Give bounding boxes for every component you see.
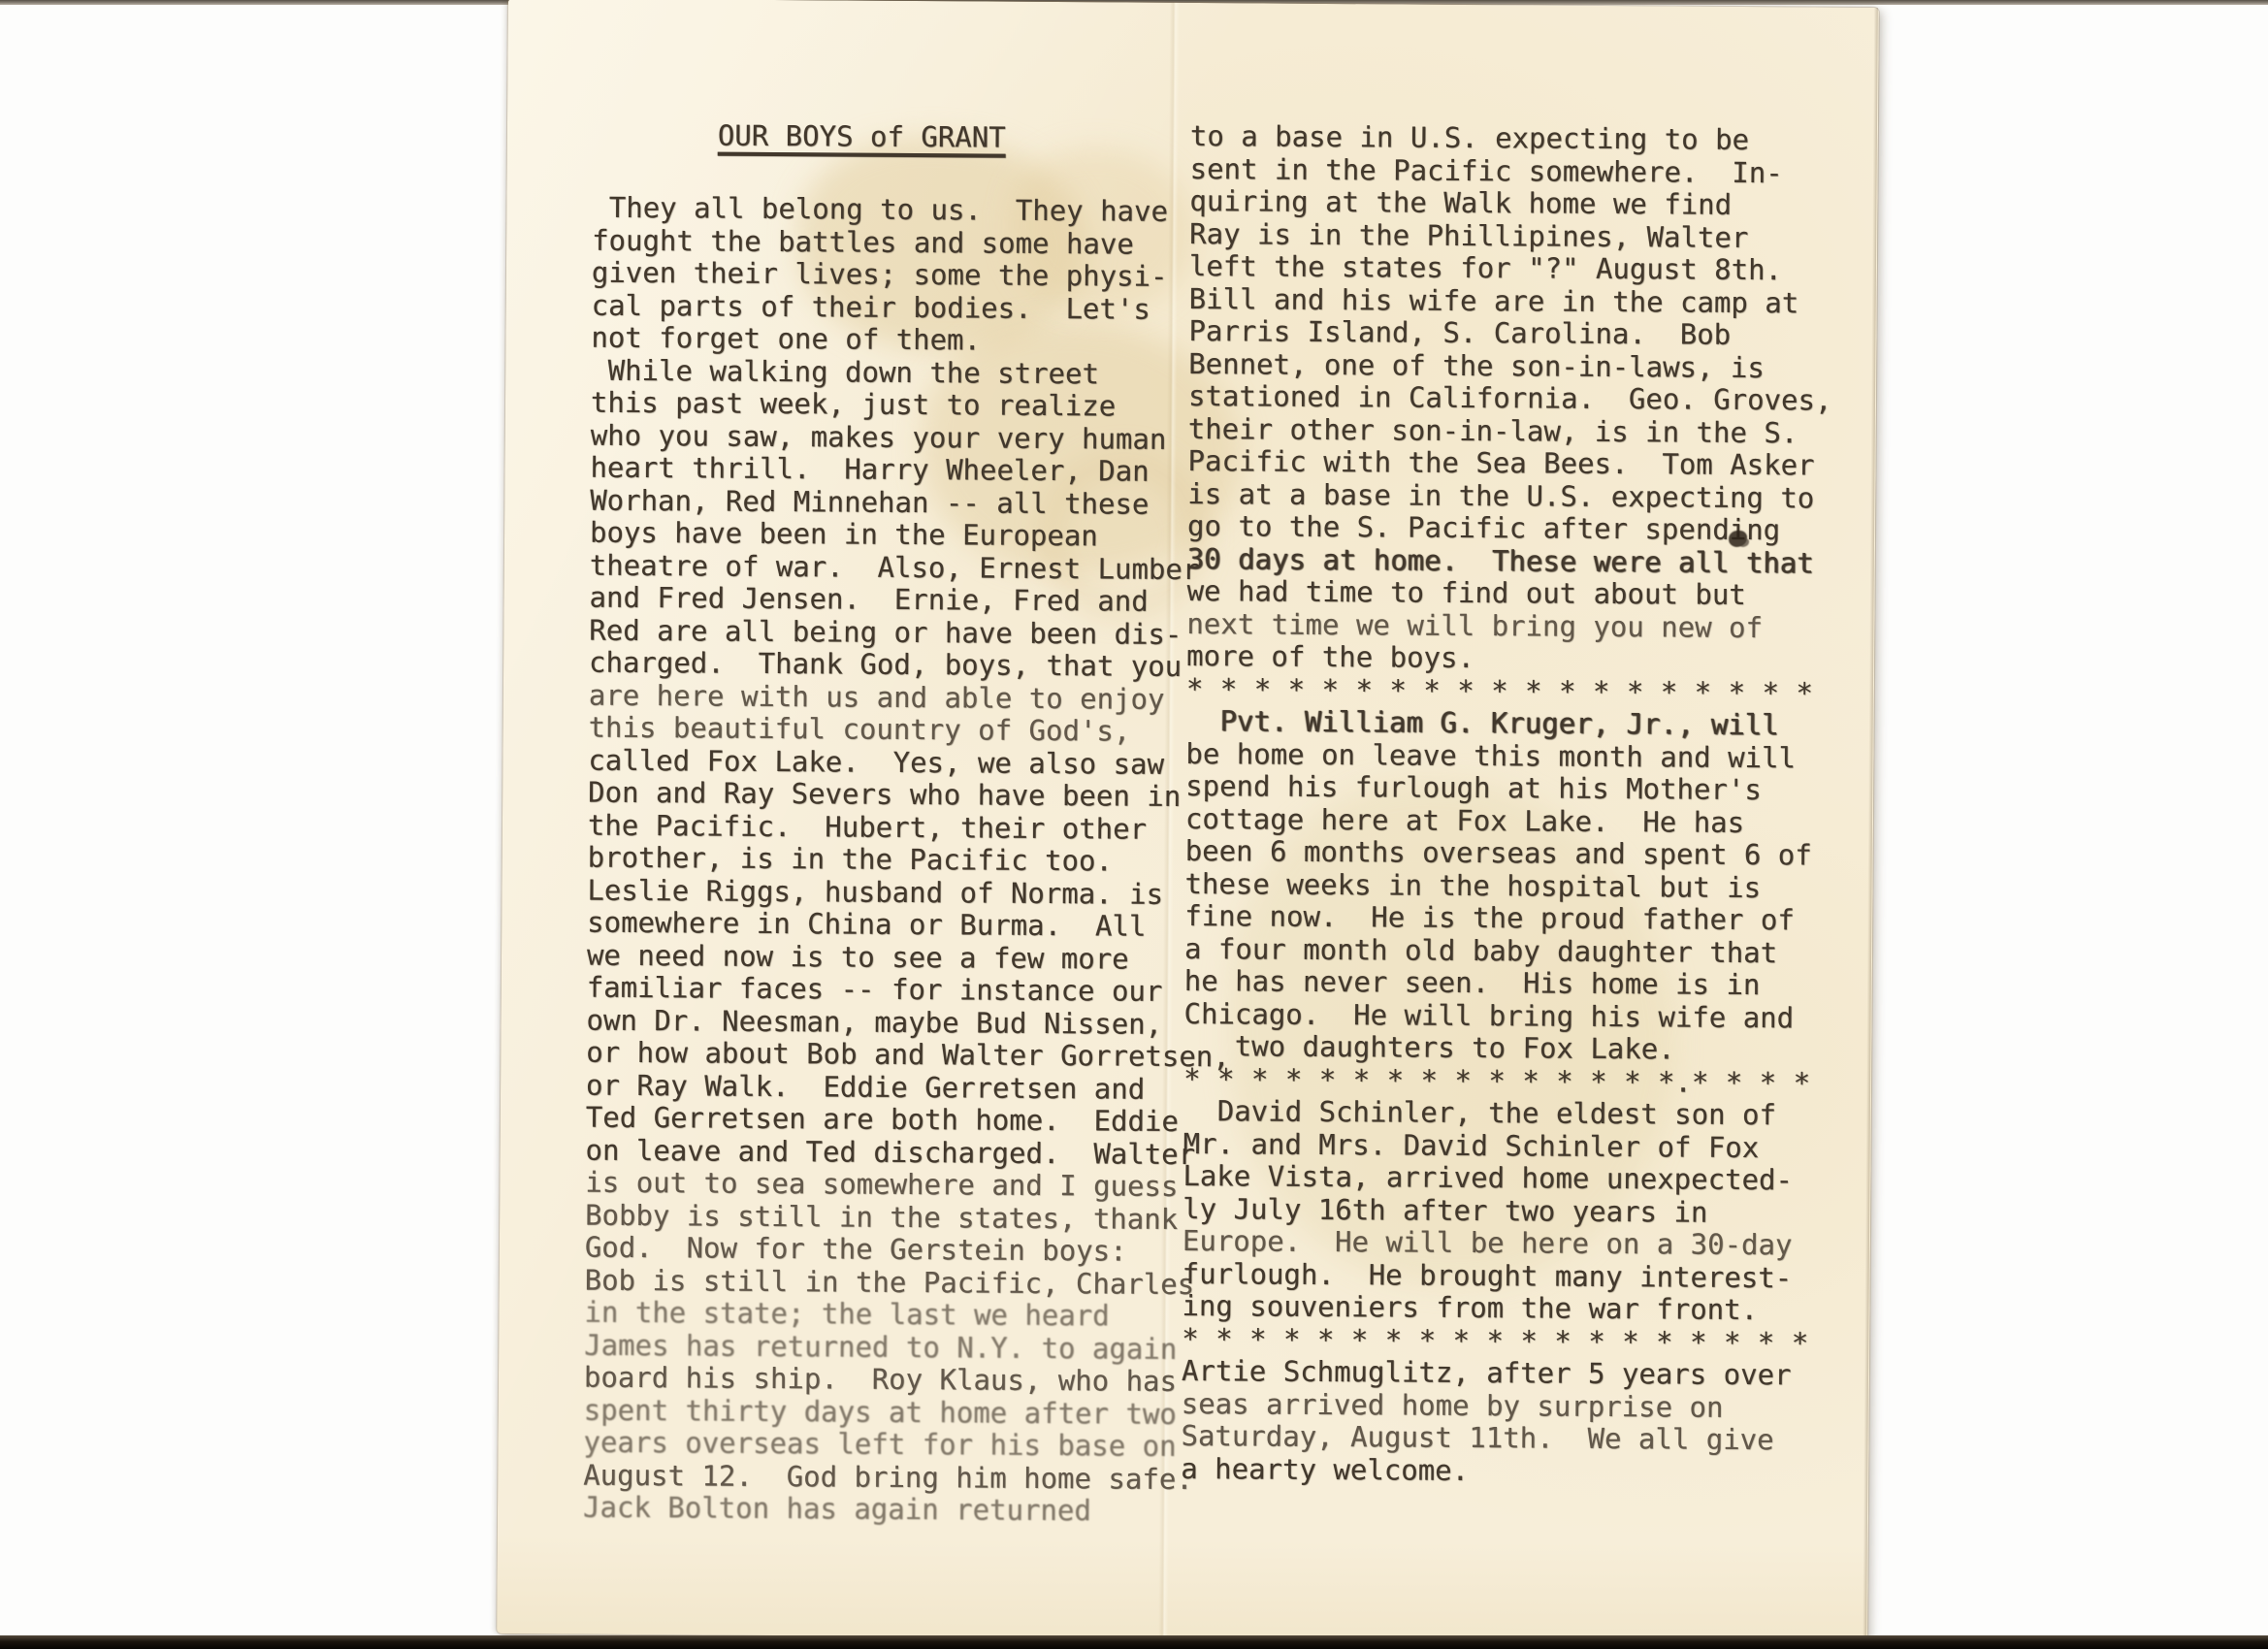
text-line: Pacific with the Sea Bees. Tom Asker [1187, 445, 1831, 482]
text-line: spend his furlough at his Mother's [1185, 770, 1830, 807]
text-line: we had time to find out about but [1187, 575, 1831, 612]
text-line: familiar faces -- for instance our [587, 972, 1231, 1009]
text-line: two daughters to Fox Lake. [1183, 1030, 1828, 1067]
text-line: They all belong to us. They have [592, 192, 1236, 229]
text-line: fine now. He is the proud father of [1184, 900, 1829, 937]
text-line: Parris Island, S. Carolina. Bob [1188, 315, 1832, 352]
text-line: charged. Thank God, boys, that you [589, 647, 1233, 684]
text-line: this beautiful country of God's, [589, 712, 1233, 749]
right-column: to a base in U.S. expecting to besent in… [1181, 120, 1833, 1490]
page-title: OUR BOYS of GRANT [718, 119, 1006, 154]
scanned-page: OUR BOYS of GRANT They all belong to us.… [497, 0, 1879, 1643]
text-line: Don and Ray Severs who have been in [588, 777, 1232, 814]
text-line: is out to sea somewhere and I guess [585, 1167, 1229, 1204]
text-line: stationed in California. Geo. Groves, [1188, 380, 1832, 417]
text-line: Jack Bolton has again returned [583, 1492, 1227, 1529]
text-line: given their lives; some the physi- [592, 257, 1236, 294]
text-line: David Schinler, the eldest son of [1183, 1095, 1828, 1132]
text-line: board his ship. Roy Klaus, who has [584, 1362, 1228, 1399]
text-line: ing souveniers from the war front. [1182, 1290, 1826, 1327]
text-line: heart thrill. Harry Wheeler, Dan [590, 452, 1234, 489]
scanner-edge-bottom [0, 1635, 2268, 1649]
text-line: not forget one of them. [591, 322, 1235, 359]
text-line: more of the boys. [1186, 640, 1831, 677]
text-line: boys have been in the European [590, 517, 1234, 554]
text-line: Saturday, August 11th. We all give [1181, 1420, 1825, 1457]
text-line: Ted Gerretsen are both home. Eddie [586, 1102, 1230, 1139]
text-line: Lake Vista, arrived home unexpected- [1183, 1160, 1827, 1197]
text-line: he has never seen. His home is in [1184, 965, 1829, 1002]
scanned-newsletter-screenshot: { "style": { "paper": "#f7eed9", "ink": … [0, 0, 2268, 1649]
text-line: Pvt. William G. Kruger, Jr., will [1186, 705, 1831, 742]
text-line: Artie Schmuglitz, after 5 years over [1182, 1355, 1826, 1392]
text-line: next time we will bring you new of [1186, 607, 1831, 644]
text-line: a hearty welcome. [1181, 1452, 1825, 1489]
text-line: in the state; the last we heard [584, 1297, 1228, 1334]
text-line: been 6 months overseas and spent 6 of [1185, 835, 1830, 872]
text-line: left the states for "?" August 8th. [1189, 250, 1833, 287]
text-line: God. Now for the Gerstein boys: [585, 1232, 1229, 1269]
text-line: to a base in U.S. expecting to be [1190, 120, 1834, 157]
text-line: somewhere in China or Burma. All [587, 907, 1231, 944]
text-line: Europe. He will be here on a 30-day [1183, 1225, 1827, 1262]
left-column: They all belong to us. They havefought t… [583, 192, 1236, 1529]
text-line: years overseas left for his base on [583, 1427, 1227, 1464]
text-line: and Fred Jensen. Ernie, Fred and [589, 582, 1233, 619]
text-line: this past week, just to realize [591, 387, 1235, 424]
text-line: quiring at the Walk home we find [1189, 185, 1833, 222]
text-line: or how about Bob and Walter Gorretsen, [586, 1037, 1230, 1074]
text-line: brother, is in the Pacific too. [588, 842, 1232, 879]
